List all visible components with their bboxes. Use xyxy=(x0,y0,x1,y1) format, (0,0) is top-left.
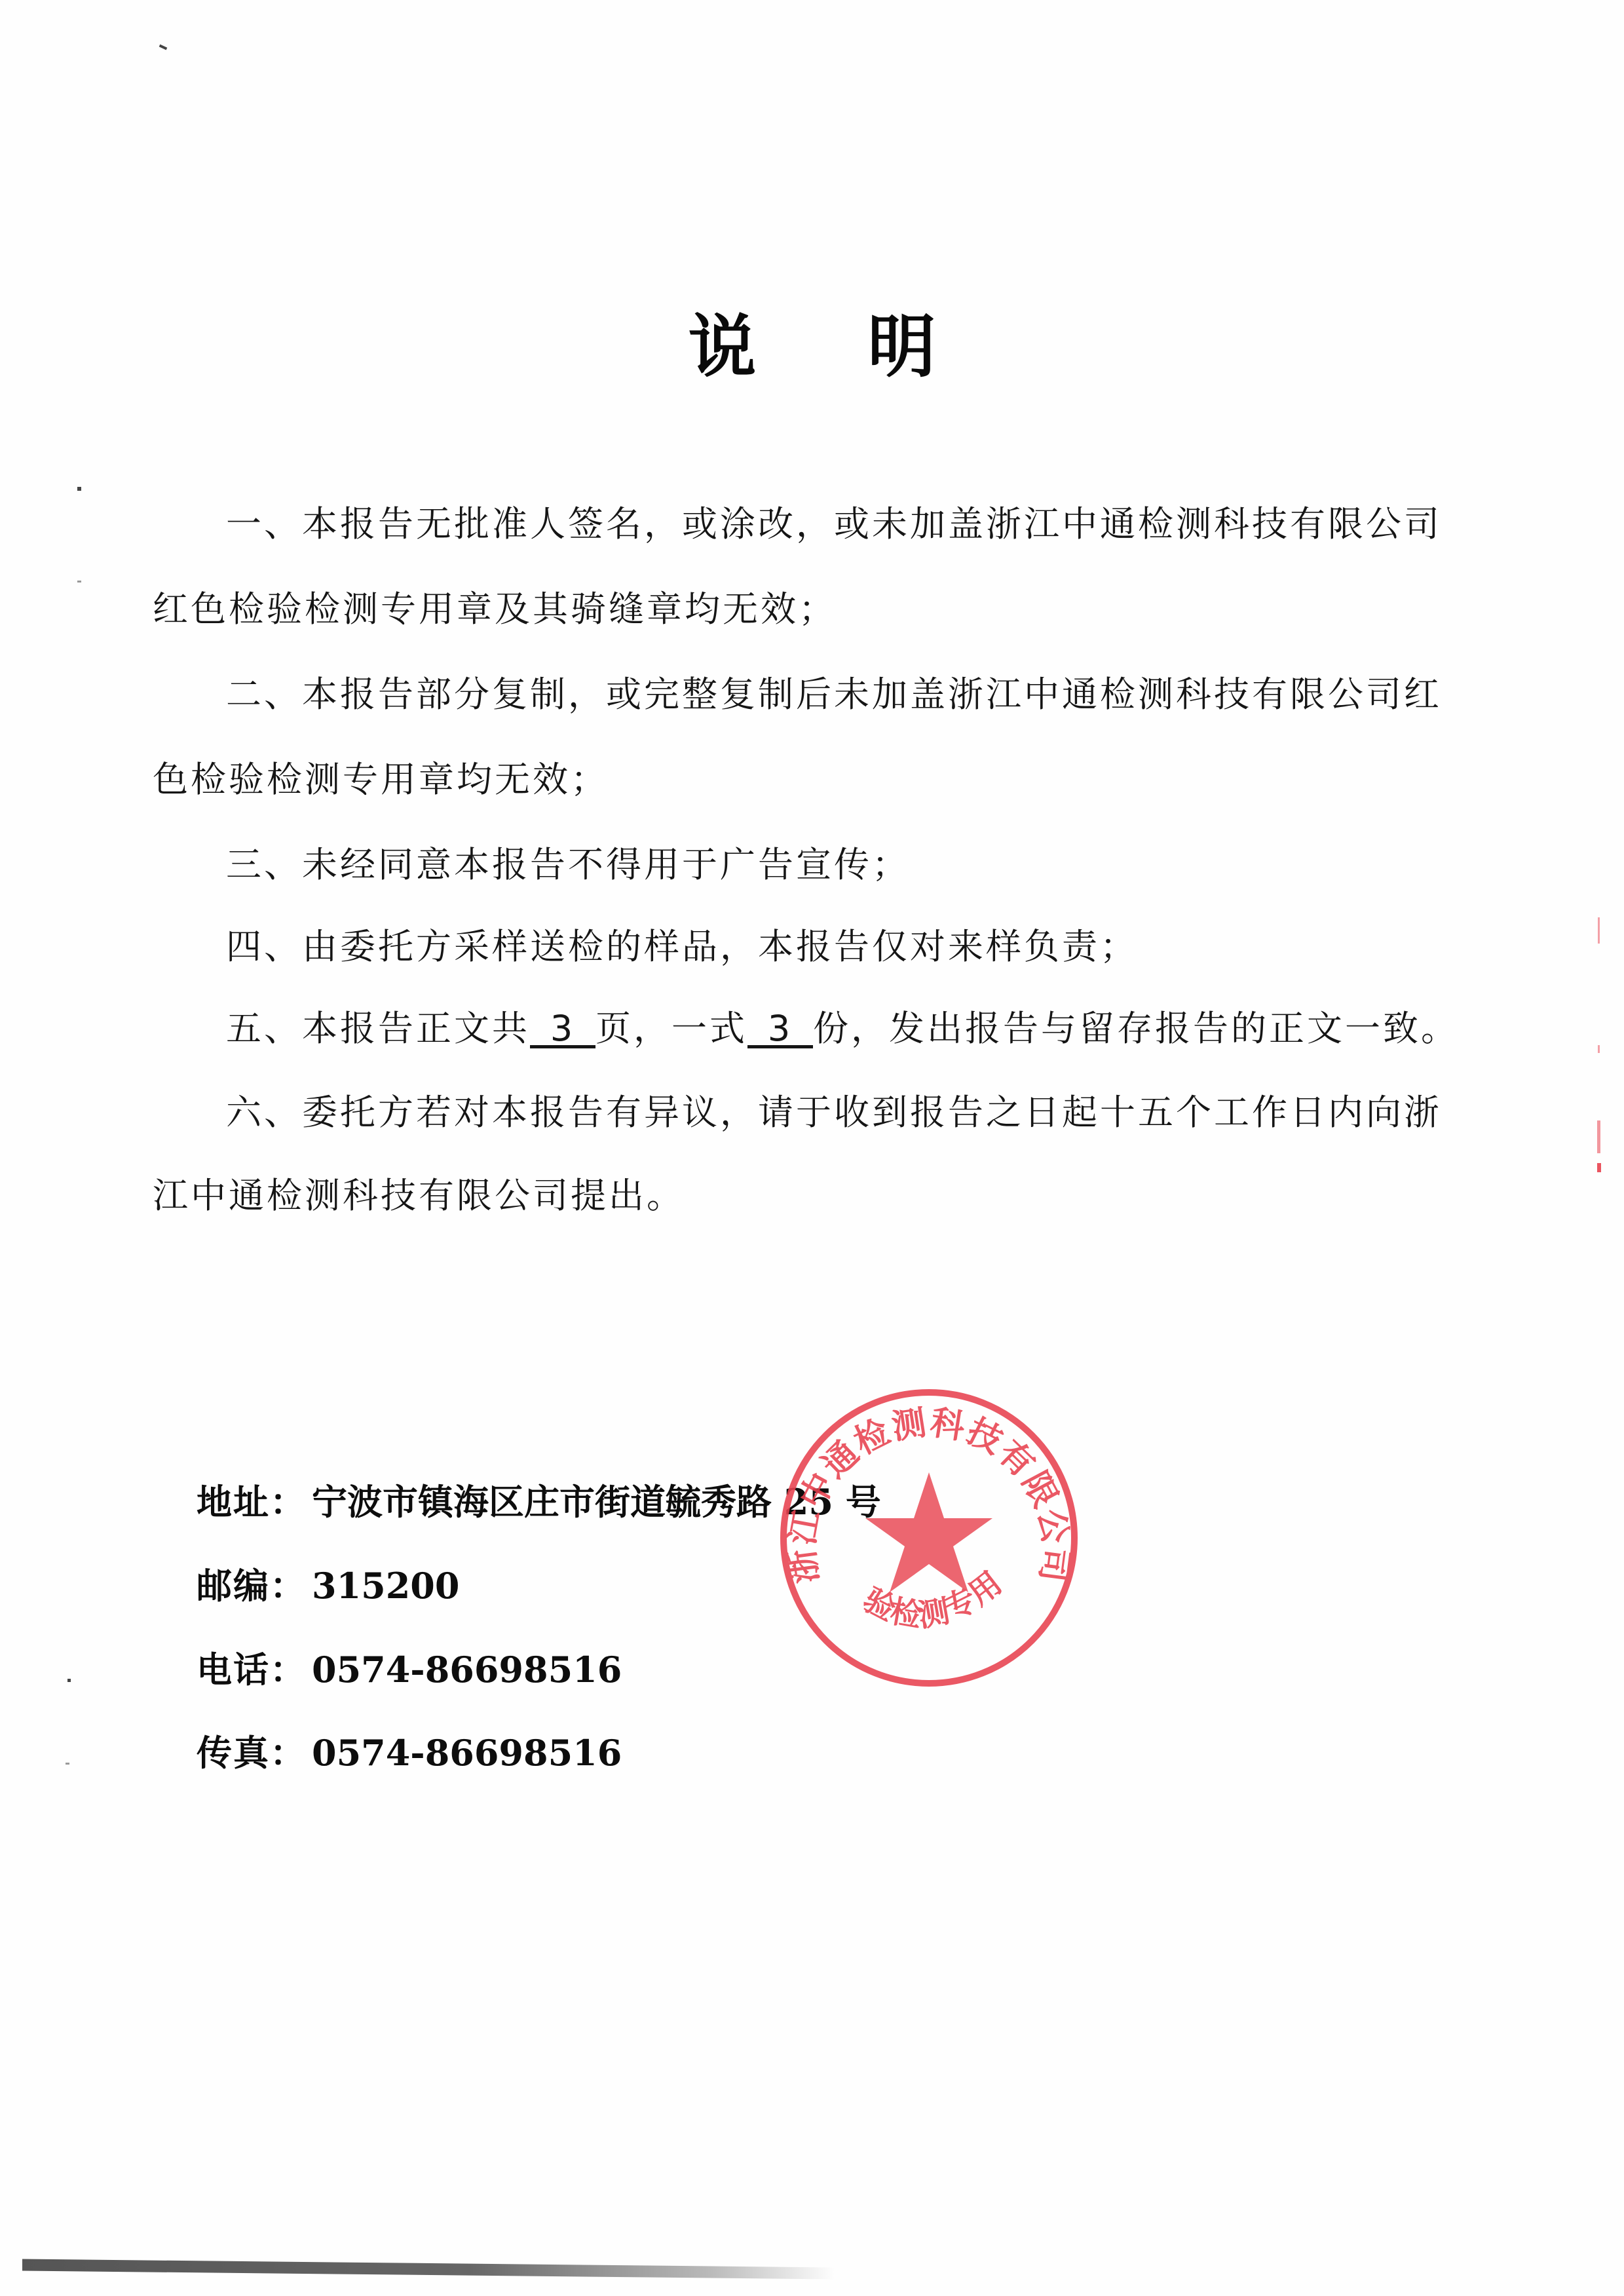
postcode-label: 邮编： xyxy=(197,1565,307,1607)
seam-stamp-fragment xyxy=(1597,904,1601,1179)
clause-2-line-1: 二、本报告部分复制，或完整复制后未加盖浙江中通检测科技有限公司红 xyxy=(226,675,1442,714)
phone-line: 电话：0574-86698516 xyxy=(197,1650,622,1689)
scan-speck xyxy=(67,1679,71,1682)
clause-1-line-1: 一、本报告无批准人签名，或涂改，或未加盖浙江中通检测科技有限公司 xyxy=(226,505,1442,544)
page-count-field: 3 xyxy=(530,1012,595,1048)
address-value: 宁波市镇海区庄市街道毓秀路 25 号 xyxy=(312,1481,881,1523)
title-char-2: 明 xyxy=(868,292,936,390)
phone-label: 电话： xyxy=(197,1649,307,1691)
clause-1-line-2: 红色检验检测专用章及其骑缝章均无效； xyxy=(153,590,837,629)
clause-3-line-1: 三、未经同意本报告不得用于广告宣传； xyxy=(226,845,910,885)
clause-4-line-1: 四、由委托方采样送检的样品，本报告仅对来样负责； xyxy=(226,927,1138,966)
phone-value: 0574-86698516 xyxy=(312,1649,622,1691)
scan-speck xyxy=(77,487,81,491)
seal-star-icon xyxy=(865,1472,992,1592)
scan-speck xyxy=(77,581,81,583)
fax-value: 0574-86698516 xyxy=(312,1732,622,1774)
scan-edge-shadow xyxy=(22,2259,835,2280)
clause-6-line-1: 六、委托方若对本报告有异议，请于收到报告之日起十五个工作日内向浙 xyxy=(226,1093,1442,1132)
clause-2-line-2: 色检验检测专用章均无效； xyxy=(153,760,609,799)
clause-5-suffix: 份，发出报告与留存报告的正文一致。 xyxy=(813,1008,1459,1049)
official-seal-stamp: 浙江中通检测科技有限公司 检验检测专用章 xyxy=(775,1384,1083,1692)
document-page: 说明 一、本报告无批准人签名，或涂改，或未加盖浙江中通检测科技有限公司 红色检验… xyxy=(0,0,1624,2296)
scan-speck xyxy=(66,1763,69,1765)
clause-5-mid: 页，一式 xyxy=(595,1008,747,1049)
scan-speck xyxy=(159,45,168,50)
postcode-value: 315200 xyxy=(312,1565,459,1607)
fax-label: 传真： xyxy=(197,1732,307,1774)
postcode-line: 邮编：315200 xyxy=(197,1566,459,1605)
title-char-1: 说 xyxy=(688,292,756,390)
fax-line: 传真：0574-86698516 xyxy=(197,1733,622,1772)
address-label: 地址： xyxy=(197,1481,307,1523)
clause-5-line-1: 五、本报告正文共3页，一式3份，发出报告与留存报告的正文一致。 xyxy=(226,1009,1459,1048)
clause-6-line-2: 江中通检测科技有限公司提出。 xyxy=(153,1176,685,1215)
copy-count-field: 3 xyxy=(747,1012,813,1048)
clause-5-prefix: 五、本报告正文共 xyxy=(226,1008,530,1049)
page-title: 说明 xyxy=(0,292,1624,390)
address-line: 地址：宁波市镇海区庄市街道毓秀路 25 号 xyxy=(197,1482,881,1521)
seal-ring-icon xyxy=(784,1392,1074,1683)
